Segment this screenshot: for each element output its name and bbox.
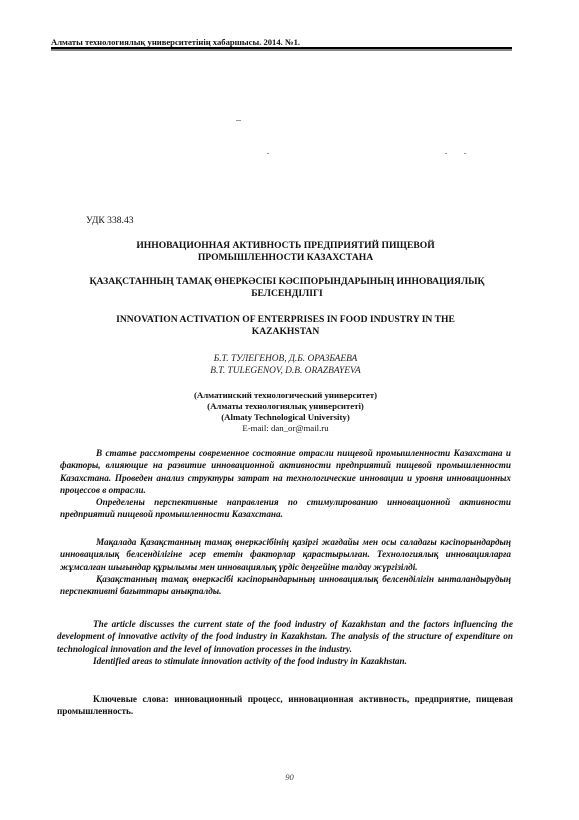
stray-mark [236, 120, 241, 121]
udk-code: УДК 338.43 [86, 215, 134, 226]
abstract-paragraph: The article discusses the current state … [57, 618, 513, 655]
keywords-text: Ключевые слова: инновационный процесс, и… [57, 693, 513, 718]
abstract-paragraph: Мақалада Қазақстанның тамақ өнеркәсібіні… [60, 536, 511, 573]
abstract-paragraph: В статье рассмотрены современное состоян… [60, 447, 511, 496]
affiliation-en: (Almaty Technological University) [60, 412, 511, 423]
abstract-paragraph: Определены перспективные направления по … [60, 496, 511, 521]
title-kz: ҚАЗАҚСТАННЫҢ ТАМАҚ ӨНЕРКӘСІБІ КӘСІПОРЫНД… [52, 276, 522, 300]
stray-mark [445, 153, 447, 154]
abstract-en: The article discusses the current state … [57, 618, 513, 667]
title-ru: ИННОВАЦИОННАЯ АКТИВНОСТЬ ПРЕДПРИЯТИЙ ПИЩ… [60, 240, 511, 264]
title-line: INNOVATION ACTIVATION OF ENTERPRISES IN … [60, 314, 511, 326]
stray-mark [267, 153, 269, 154]
abstract-kz: Мақалада Қазақстанның тамақ өнеркәсібіні… [60, 536, 511, 597]
abstract-paragraph: Қазақстанның тамақ өнеркәсібі кәсіпорынд… [60, 573, 511, 598]
affiliation-kz: (Алматы технологиялық университеті) [60, 401, 511, 412]
title-line: ПРОМЫШЛЕННОСТИ КАЗАХСТАНА [60, 252, 511, 264]
abstract-ru: В статье рассмотрены современное состоян… [60, 447, 511, 521]
abstract-paragraph: Identified areas to stimulate innovation… [57, 655, 513, 667]
authors: Б.Т. ТУЛЕГЕНОВ, Д.Б. ОРАЗБАЕВА B.T. TULE… [60, 354, 511, 377]
affiliation: (Алматинский технологический университет… [60, 390, 511, 434]
title-line: ИННОВАЦИОННАЯ АКТИВНОСТЬ ПРЕДПРИЯТИЙ ПИЩ… [60, 240, 511, 252]
authors-latin: B.T. TULEGENOV, D.B. ORAZBAYEVA [60, 366, 511, 378]
title-line: KAZAKHSTAN [60, 326, 511, 338]
keywords: Ключевые слова: инновационный процесс, и… [57, 693, 513, 718]
page-number: 90 [0, 772, 579, 782]
author-email[interactable]: E-mail: dan_or@mail.ru [60, 423, 511, 434]
title-en: INNOVATION ACTIVATION OF ENTERPRISES IN … [60, 314, 511, 338]
stray-mark [464, 153, 466, 154]
header-rule [51, 47, 512, 51]
title-line: БЕЛСЕНДІЛІГІ [52, 288, 522, 300]
journal-header: Алматы технологиялық университетінің хаб… [51, 37, 511, 47]
authors-cyrillic: Б.Т. ТУЛЕГЕНОВ, Д.Б. ОРАЗБАЕВА [60, 354, 511, 366]
affiliation-ru: (Алматинский технологический университет… [60, 390, 511, 401]
title-line: ҚАЗАҚСТАННЫҢ ТАМАҚ ӨНЕРКӘСІБІ КӘСІПОРЫНД… [52, 276, 522, 288]
